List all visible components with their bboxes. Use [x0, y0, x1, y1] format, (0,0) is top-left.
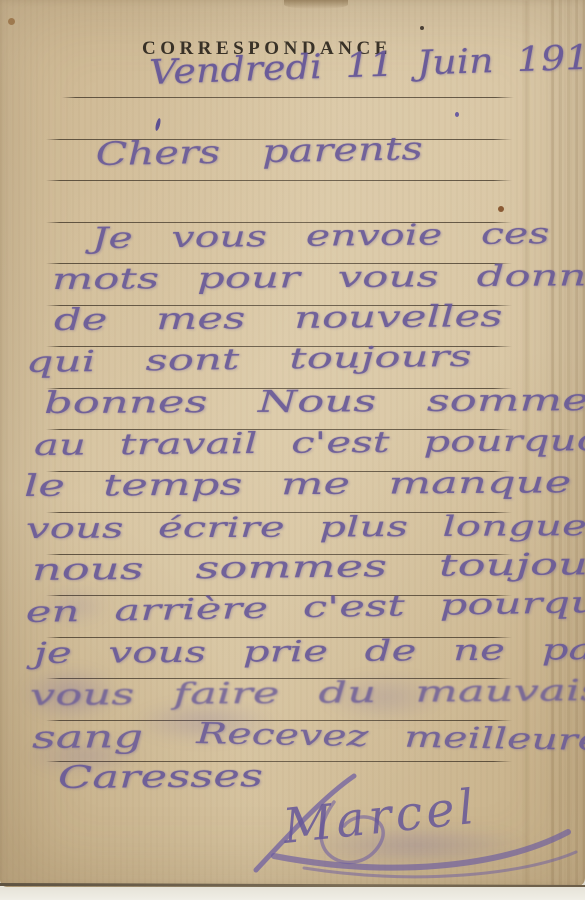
paper-speck [420, 26, 424, 30]
ink-tick [154, 118, 161, 132]
letter-body-line: vous faire du mauvais [30, 676, 585, 710]
salutation-line: Chers parents [95, 132, 423, 170]
letter-body-line: de mes nouvelles [54, 302, 503, 336]
closing-line: Recevez meilleures [196, 719, 585, 755]
scan-bottom-strip [0, 887, 585, 900]
paper-tear [284, 0, 348, 9]
postcard: CORRESPONDANCE Vendredi 11 Juin 1915 [0, 0, 585, 887]
letter-body-line: au travail c'est pourquoi [34, 426, 585, 460]
letter-body-line: en arrière c'est pourquoi [25, 587, 585, 627]
letter-body-line: nous sommes toujours [32, 550, 585, 586]
letter-body-line: Je vous envoie ces [92, 219, 550, 253]
letter-body-line: vous écrire plus longuement [26, 511, 585, 543]
paper-speck [498, 206, 504, 212]
letter-body-line: sang [32, 722, 144, 754]
paper-speck [8, 18, 15, 25]
ruled-line [46, 180, 512, 181]
signature-block: Marcel [238, 772, 582, 890]
signature-text: Marcel [279, 779, 480, 855]
letter-body-line: bonnes Nous sommes [44, 386, 585, 419]
ruled-line [62, 97, 514, 98]
letter-body-line: qui sont toujours [26, 342, 472, 377]
letter-body-line: je vous prie de ne pas [34, 635, 585, 668]
letter-body-line: le temps me manque de [24, 468, 585, 502]
scan-background: CORRESPONDANCE Vendredi 11 Juin 1915 [0, 0, 585, 900]
ink-speck [455, 112, 459, 117]
letter-body-line: mots pour vous donner [52, 261, 585, 294]
closing-line: Caresses [58, 761, 263, 794]
